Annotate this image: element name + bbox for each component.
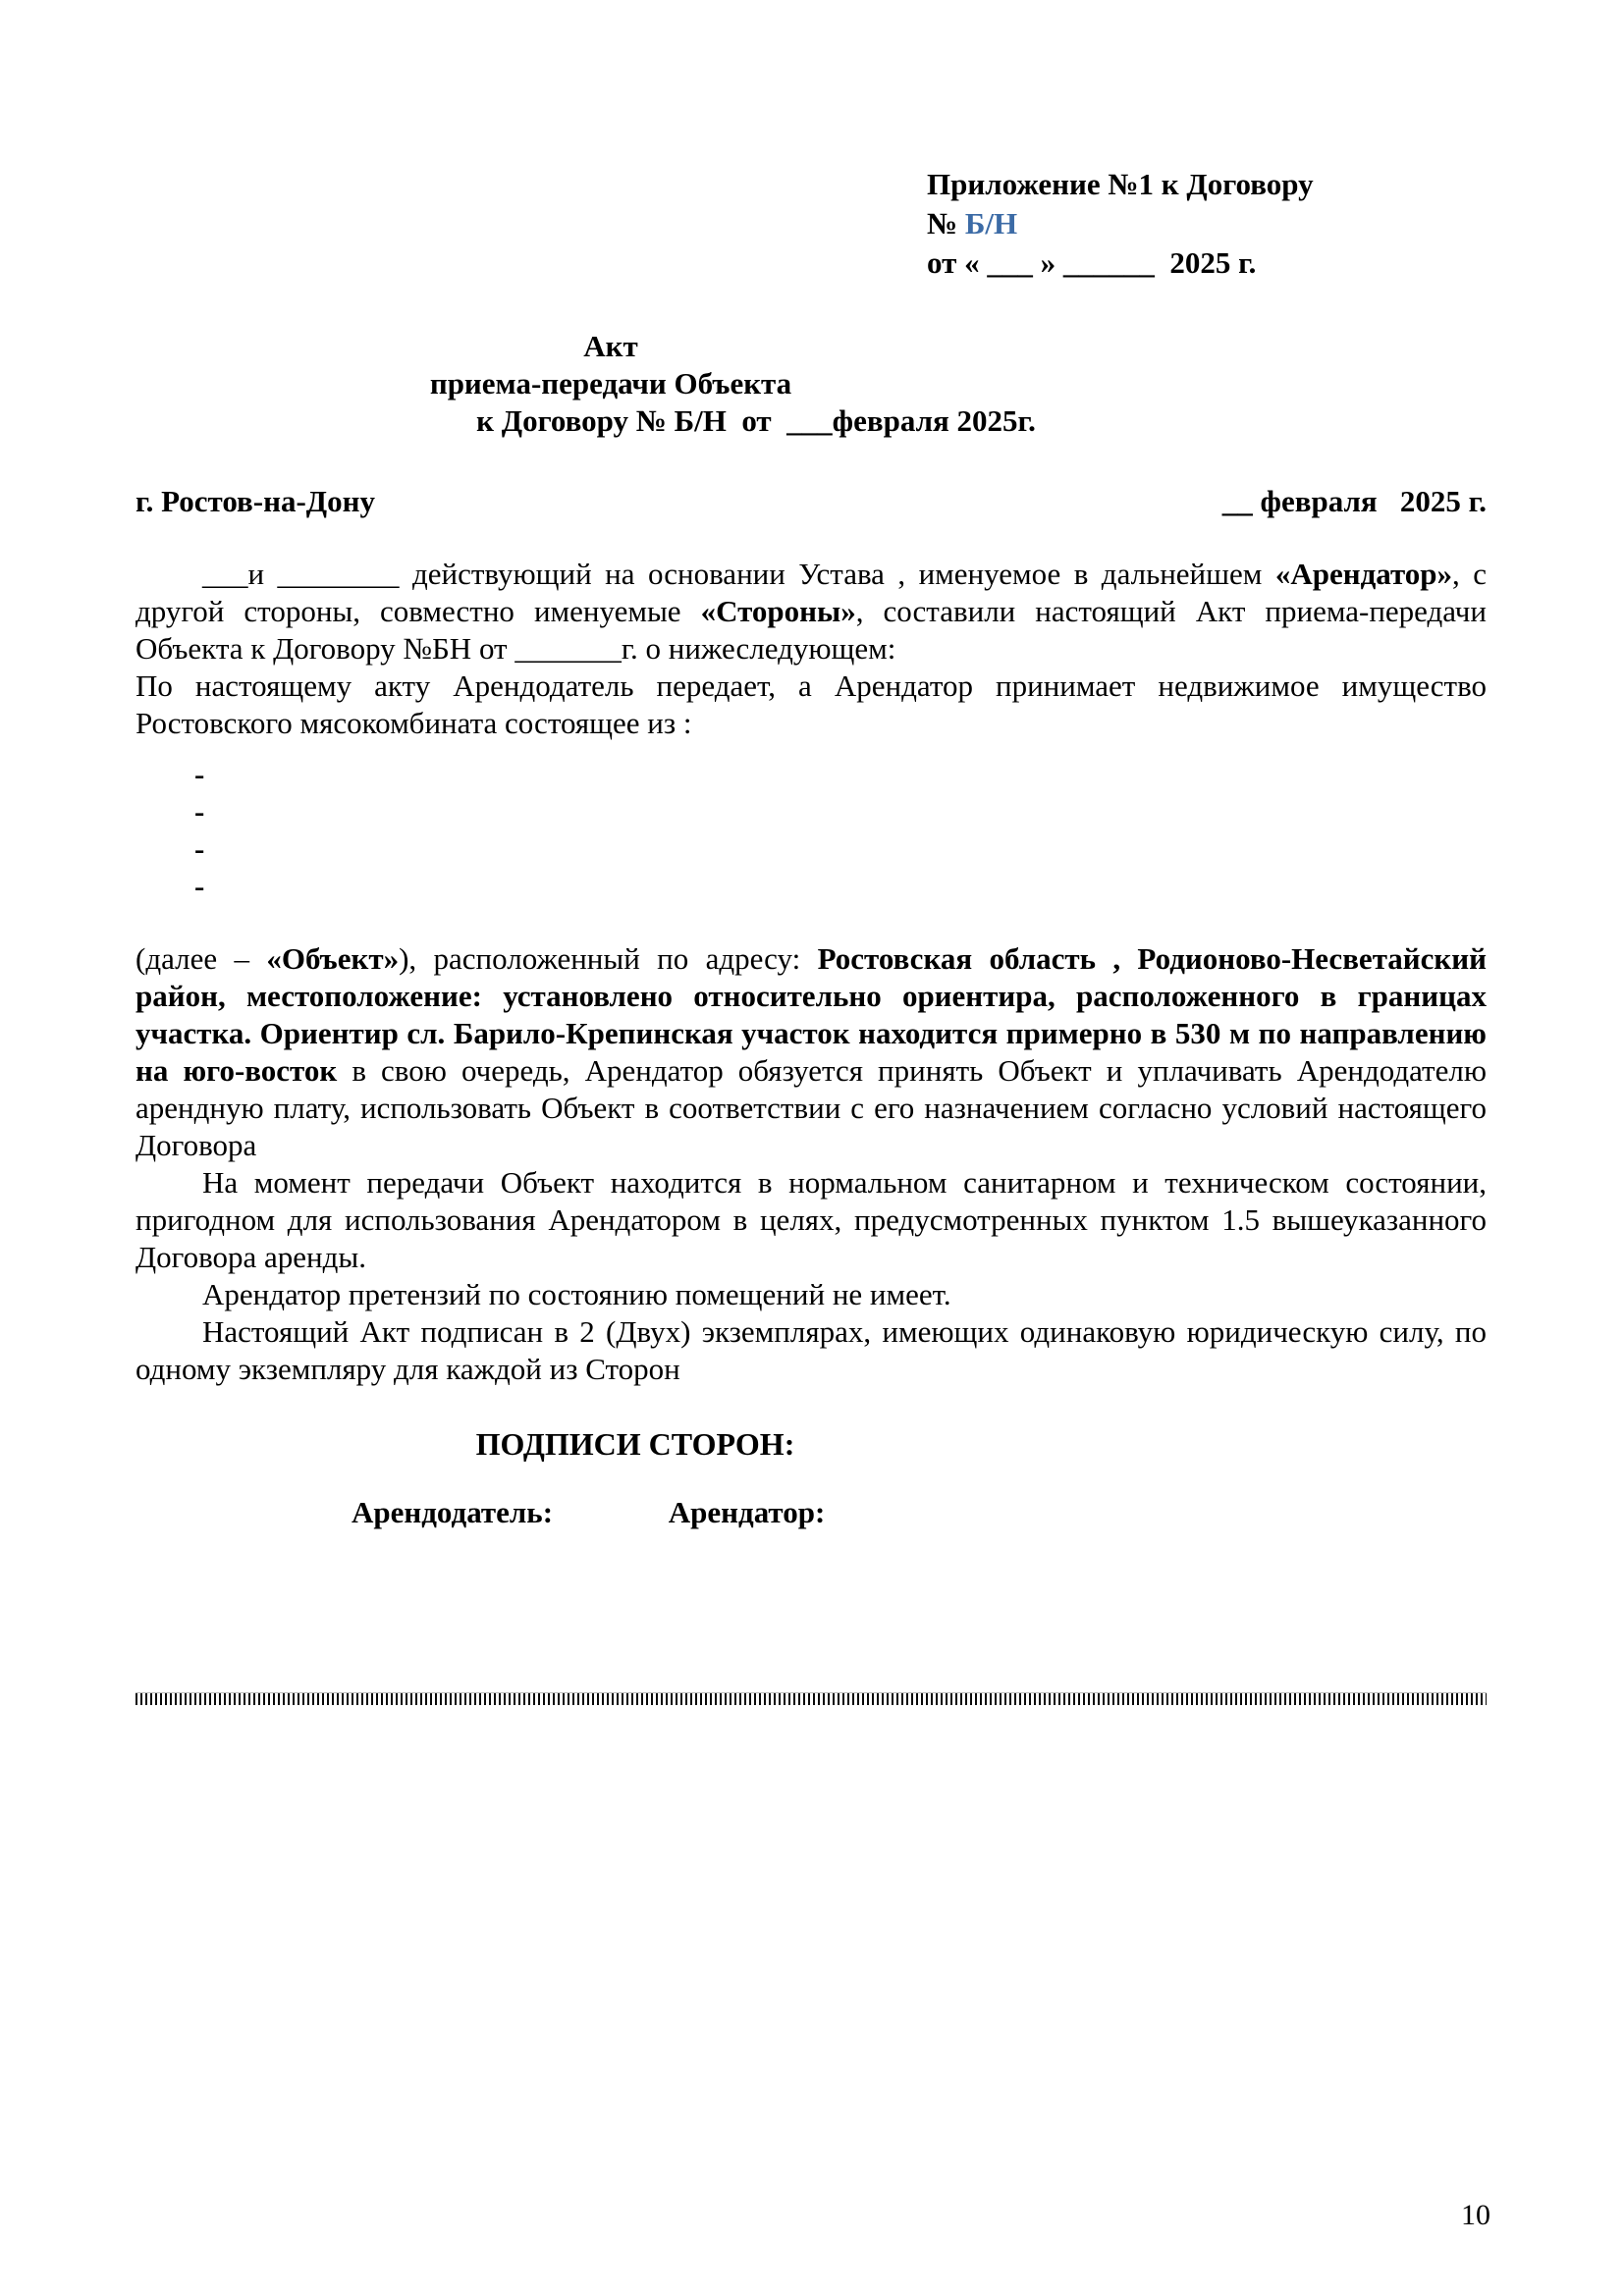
paragraph-no-claims: Арендатор претензий по состоянию помещен… [135,1276,1487,1313]
hatched-section-divider [135,1692,1487,1705]
object-list-item: - [135,830,1487,868]
lessee-label: Арендатор: [669,1494,826,1531]
paragraph-transfer-statement: По настоящему акту Арендодатель передает… [135,667,1487,742]
paragraph-object-address: (далее – «Объект»), расположенный по адр… [135,940,1487,1164]
page-number: 10 [1461,2199,1490,2232]
document-content: Приложение №1 к Договору № Б/Н от « ___ … [0,0,1624,1705]
title-line-contract-ref: к Договору № Б/Н от ___февраля 2025г. [81,402,1432,440]
document-title-block: Акт приема-передачи Объекта к Договору №… [135,328,1487,440]
paragraph-parties: ___и ________ действующий на основании У… [135,556,1487,667]
object-list-item: - [135,868,1487,905]
paragraph-object-condition: На момент передачи Объект находится в но… [135,1164,1487,1276]
appendix-title-line: Приложение №1 к Договору [927,165,1487,204]
date-blank-label: __ февраля 2025 г. [1222,483,1487,520]
contract-number-value: Б/Н [965,206,1017,240]
document-page: Приложение №1 к Договору № Б/Н от « ___ … [0,0,1624,2296]
appendix-reference-block: Приложение №1 к Договору № Б/Н от « ___ … [927,165,1487,283]
paragraph-copies: Настоящий Акт подписан в 2 (Двух) экземп… [135,1313,1487,1388]
signatures-row: Арендодатель: Арендатор: [135,1494,1487,1531]
contract-number-line: № Б/Н [927,204,1487,243]
city-label: г. Ростов-на-Дону [135,483,375,520]
object-list-item: - [135,793,1487,830]
signatures-heading: ПОДПИСИ СТОРОН: [0,1425,1311,1463]
contract-date-blank-line: от « ___ » ______ 2025 г. [927,243,1487,283]
place-and-date-row: г. Ростов-на-Дону __ февраля 2025 г. [135,483,1487,520]
title-line-act: Акт [0,328,1286,365]
title-line-subject: приема-передачи Объекта [0,365,1286,402]
number-sign-prefix: № [927,206,965,240]
lessor-label: Арендодатель: [352,1494,553,1531]
object-list-item: - [135,756,1487,793]
